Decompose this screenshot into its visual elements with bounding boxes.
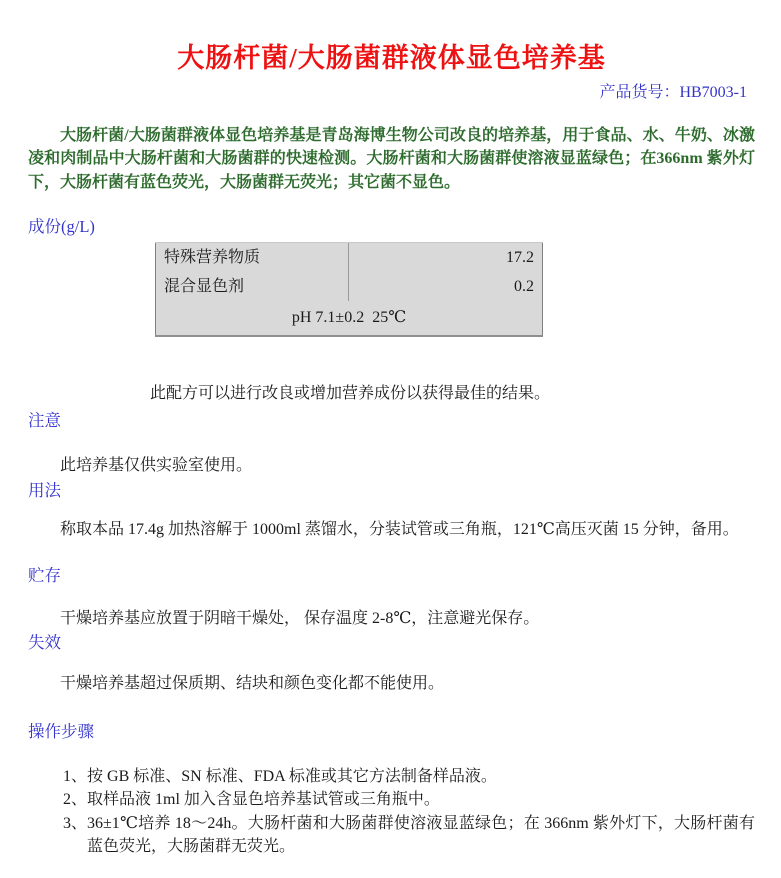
- ingredient-name: 特殊营养物质: [155, 243, 349, 272]
- composition-note: 此配方可以进行改良或增加营养成份以获得最佳的结果。: [150, 382, 755, 405]
- step-number: 2、: [63, 788, 87, 812]
- procedure-step: 3、 36±1℃培养 18～24h。大肠杆菌和大肠菌群使溶液显蓝绿色；在 366…: [63, 812, 755, 859]
- section-heading-notice: 注意: [28, 410, 755, 432]
- document-page: 大肠杆菌/大肠菌群液体显色培养基 产品货号：HB7003-1 大肠杆菌/大肠菌群…: [0, 0, 781, 878]
- intro-paragraph: 大肠杆菌/大肠菌群液体显色培养基是青岛海博生物公司改良的培养基，用于食品、水、牛…: [28, 124, 755, 194]
- section-heading-usage: 用法: [28, 480, 755, 502]
- page-title: 大肠杆菌/大肠菌群液体显色培养基: [28, 40, 755, 76]
- section-heading-procedure: 操作步骤: [28, 721, 755, 743]
- section-body-expiry: 干燥培养基超过保质期、结块和颜色变化都不能使用。: [28, 672, 755, 695]
- composition-heading: 成份(g/L): [28, 216, 755, 238]
- step-text: 36±1℃培养 18～24h。大肠杆菌和大肠菌群使溶液显蓝绿色；在 366nm …: [87, 812, 755, 859]
- procedure-step: 2、 取样品液 1ml 加入含显色培养基试管或三角瓶中。: [63, 788, 755, 812]
- composition-table: 特殊营养物质 17.2 混合显色剂 0.2 pH 7.1±0.2 25℃: [155, 242, 543, 337]
- ingredient-value: 0.2: [349, 272, 543, 301]
- step-number: 3、: [63, 812, 87, 859]
- ingredient-name: 混合显色剂: [155, 272, 349, 301]
- section-heading-storage: 贮存: [28, 565, 755, 587]
- ph-row: pH 7.1±0.2 25℃: [155, 301, 543, 335]
- ingredient-value: 17.2: [349, 243, 543, 272]
- procedure-step: 1、 按 GB 标准、SN 标准、FDA 标准或其它方法制备样品液。: [63, 765, 755, 789]
- section-body-storage: 干燥培养基应放置于阴暗干燥处， 保存温度 2-8℃，注意避光保存。: [28, 607, 755, 630]
- section-body-usage: 称取本品 17.4g 加热溶解于 1000ml 蒸馏水，分装试管或三角瓶，121…: [28, 518, 755, 541]
- product-code: 产品货号：HB7003-1: [28, 82, 755, 104]
- table-row: 混合显色剂 0.2: [155, 272, 543, 301]
- section-body-notice: 此培养基仅供实验室使用。: [28, 454, 755, 477]
- step-text: 取样品液 1ml 加入含显色培养基试管或三角瓶中。: [87, 788, 755, 812]
- step-text: 按 GB 标准、SN 标准、FDA 标准或其它方法制备样品液。: [87, 765, 755, 789]
- section-heading-expiry: 失效: [28, 632, 755, 654]
- procedure-steps: 1、 按 GB 标准、SN 标准、FDA 标准或其它方法制备样品液。 2、 取样…: [63, 765, 755, 859]
- table-row: 特殊营养物质 17.2: [155, 243, 543, 272]
- step-number: 1、: [63, 765, 87, 789]
